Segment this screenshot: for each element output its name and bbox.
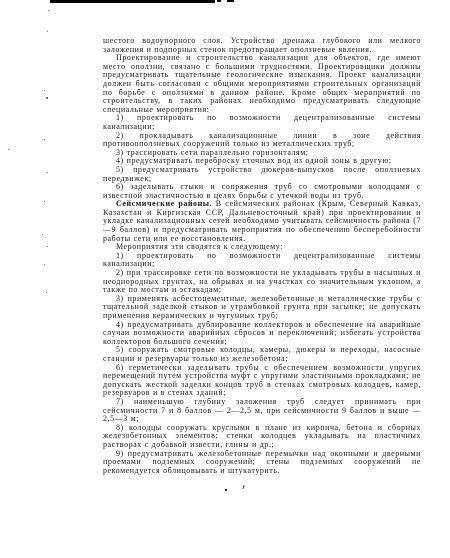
noise-speck — [44, 90, 45, 91]
scan-edge-bar — [50, 0, 215, 3]
list-item: 6) заделывать стыки и сопряжения труб со… — [103, 183, 421, 200]
ink-speck — [225, 489, 227, 491]
list-item: 1) проектировать по возможности децентра… — [103, 252, 421, 269]
list-item: 5) предусматривать устройство дюкеров-вы… — [103, 166, 421, 183]
scanned-document-page: шестого водоупорного слоя. Устройство др… — [0, 0, 450, 558]
list-item: 6) герметически заделывать трубы с обесп… — [103, 364, 421, 398]
list-item: 2) прокладывать канализационные линии в … — [103, 132, 421, 149]
page-text-column: шестого водоупорного слоя. Устройство др… — [103, 37, 421, 475]
paragraph-continuation: шестого водоупорного слоя. Устройство др… — [103, 37, 421, 54]
list-item: 9) предусматривать железобетонные перемы… — [103, 450, 421, 476]
noise-speck — [46, 97, 48, 99]
noise-speck — [42, 234, 43, 235]
noise-speck — [47, 31, 48, 32]
list-item: 5) сооружать смотровые колодцы, камеры, … — [103, 346, 421, 363]
list-item: 4) предусматривать дублирование коллекто… — [103, 321, 421, 347]
noise-speck — [44, 139, 45, 140]
list-item: 1) проектировать по возможности децентра… — [103, 114, 421, 131]
paragraph-landslide-intro: Проектирование и строительство канализац… — [103, 54, 421, 114]
list-item: 8) колодцы сооружать круглыми в плане из… — [103, 424, 421, 450]
noise-speck — [44, 264, 45, 265]
noise-speck — [48, 10, 49, 11]
paragraph-seismic-regions: Сейсмические районы. В сейсмических райо… — [103, 200, 421, 243]
noise-speck — [44, 201, 45, 202]
scan-edge-mark — [217, 0, 221, 2]
list-item: 7) наименьшую глубину заложения труб сле… — [103, 398, 421, 424]
noise-speck — [47, 172, 48, 173]
list-item: 2) при трассировке сети по возможности н… — [103, 269, 421, 295]
noise-speck — [47, 246, 48, 247]
noise-speck — [46, 292, 47, 293]
scan-edge-mark — [227, 0, 234, 2]
ink-speck — [242, 485, 244, 489]
noise-speck — [8, 149, 9, 150]
list-item: 3) применять асбестоцементные, железобет… — [103, 295, 421, 321]
